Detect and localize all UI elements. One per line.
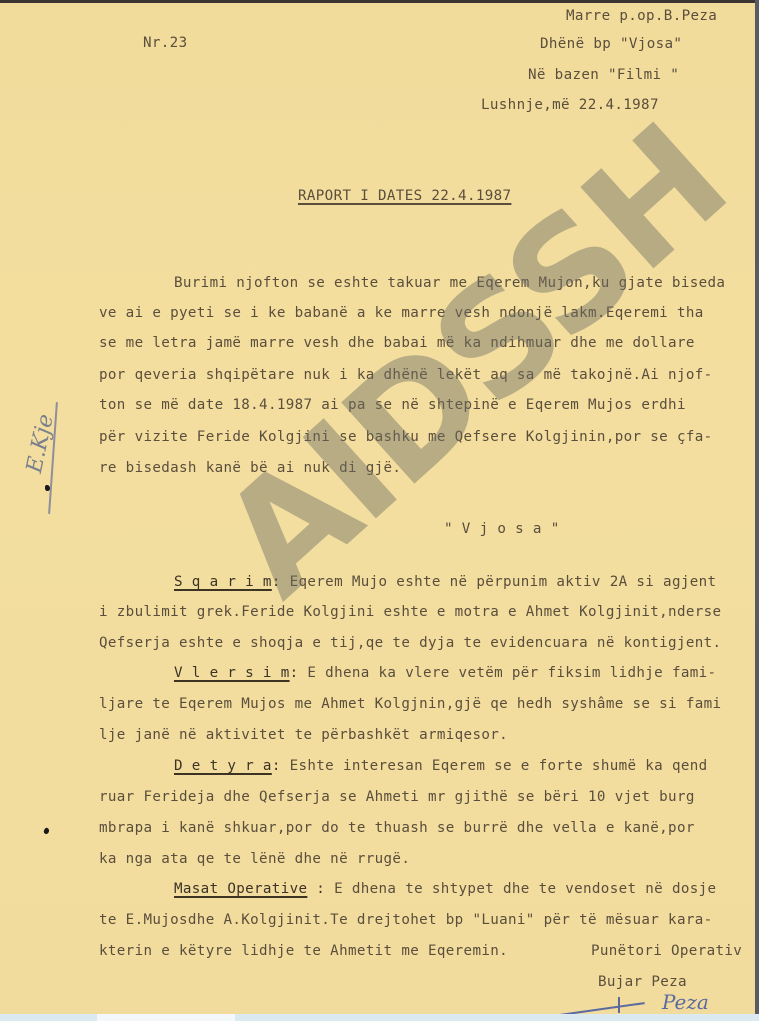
header-base: Në bazen "Filmi " [528,68,679,82]
archive-watermark: AIDSSH [190,94,758,630]
sqarim-separator: : [272,574,281,590]
body-line-5: ton se më date 18.4.1987 ai pa se në sht… [99,398,686,412]
vlersim-line-3: lje janë në aktivitet te përbashkët armi… [99,728,508,742]
document-page: Marre p.op.B.Peza Nr.23 Dhënë bp "Vjosa"… [0,0,759,1014]
header-given-by: Dhënë bp "Vjosa" [540,37,682,51]
masat-text: E dhena te shtypet dhe te vendoset në do… [325,881,716,897]
document-number: Nr.23 [143,36,187,50]
detyra-separator: : [272,758,281,774]
vlersim-line-2: ljare te Eqerem Mujos me Ahmet Kolgjnin,… [99,697,721,711]
source-codename: " V j o s a " [444,522,560,536]
detyra-line-1: D e t y r a: Eshte interesan Eqerem se e… [174,759,708,773]
sqarim-line-1: S q a r i m: Eqerem Mujo eshte në përpun… [174,575,716,589]
masat-line-2: te E.Mujosdhe A.Kolgjinit.Te drejtohet b… [99,913,713,927]
detyra-line-4: ka nga ata qe te lënë dhe në rrugë. [99,852,410,866]
body-line-3: se me letra jamë marre vesh dhe babai më… [99,336,695,350]
handwritten-signature: Peza [662,990,709,1014]
detyra-label: D e t y r a [174,758,272,774]
report-title: RAPORT I DATES 22.4.1987 [298,189,511,203]
viewer-bottom-strip [0,1014,759,1021]
detyra-text: Eshte interesan Eqerem se e forte shumë … [281,758,708,774]
masat-separator: : [307,881,325,897]
signature-role: Punëtori Operativ [591,944,742,958]
sqarim-line-3: Qefserja eshte e shoqja e tij,qe te dyja… [99,636,721,650]
vlersim-separator: : [290,665,299,681]
body-line-7: re bisedash kanë bë ai nuk di gjë. [99,461,401,475]
masat-line-1: Masat Operative : E dhena te shtypet dhe… [174,882,716,896]
scan-right-edge [755,0,759,1014]
body-line-4: por qeveria shqipëtare nuk i ka dhënë le… [99,368,713,382]
body-line-1: Burimi njofton se eshte takuar me Eqerem… [174,276,725,290]
body-line-2: ve ai e pyeti se i ke babanë a ke marre … [99,306,704,320]
sqarim-label: S q a r i m [174,574,272,590]
vlersim-line-1: V l e r s i m: E dhena ka vlere vetëm pë… [174,666,716,680]
signature-name: Bujar Peza [598,975,687,989]
scan-top-edge [0,0,759,3]
vlersim-label: V l e r s i m [174,665,290,681]
detyra-line-3: mbrapa i kanë shkuar,por do te thuash se… [99,821,695,835]
ink-mark [45,485,50,491]
ink-mark [43,827,50,835]
header-place-date: Lushnje,më 22.4.1987 [481,98,659,112]
sqarim-text: Eqerem Mujo eshte në përpunim aktiv 2A s… [281,574,717,590]
masat-line-3: kterin e këtyre lidhje te Ahmetit me Eqe… [99,944,508,958]
header-receiver: Marre p.op.B.Peza [566,9,717,23]
detyra-line-2: ruar Ferideja dhe Qefserja se Ahmeti mr … [99,790,695,804]
body-line-6: për vizite Feride Kolgjini se bashku me … [99,430,713,444]
masat-label: Masat Operative [174,881,307,897]
signature-stroke-vertical [618,997,620,1013]
signature-stroke [560,1002,644,1014]
vlersim-text: E dhena ka vlere vetëm për fiksim lidhje… [299,665,717,681]
sqarim-line-2: i zbulimit grek.Feride Kolgjini eshte e … [99,605,721,619]
